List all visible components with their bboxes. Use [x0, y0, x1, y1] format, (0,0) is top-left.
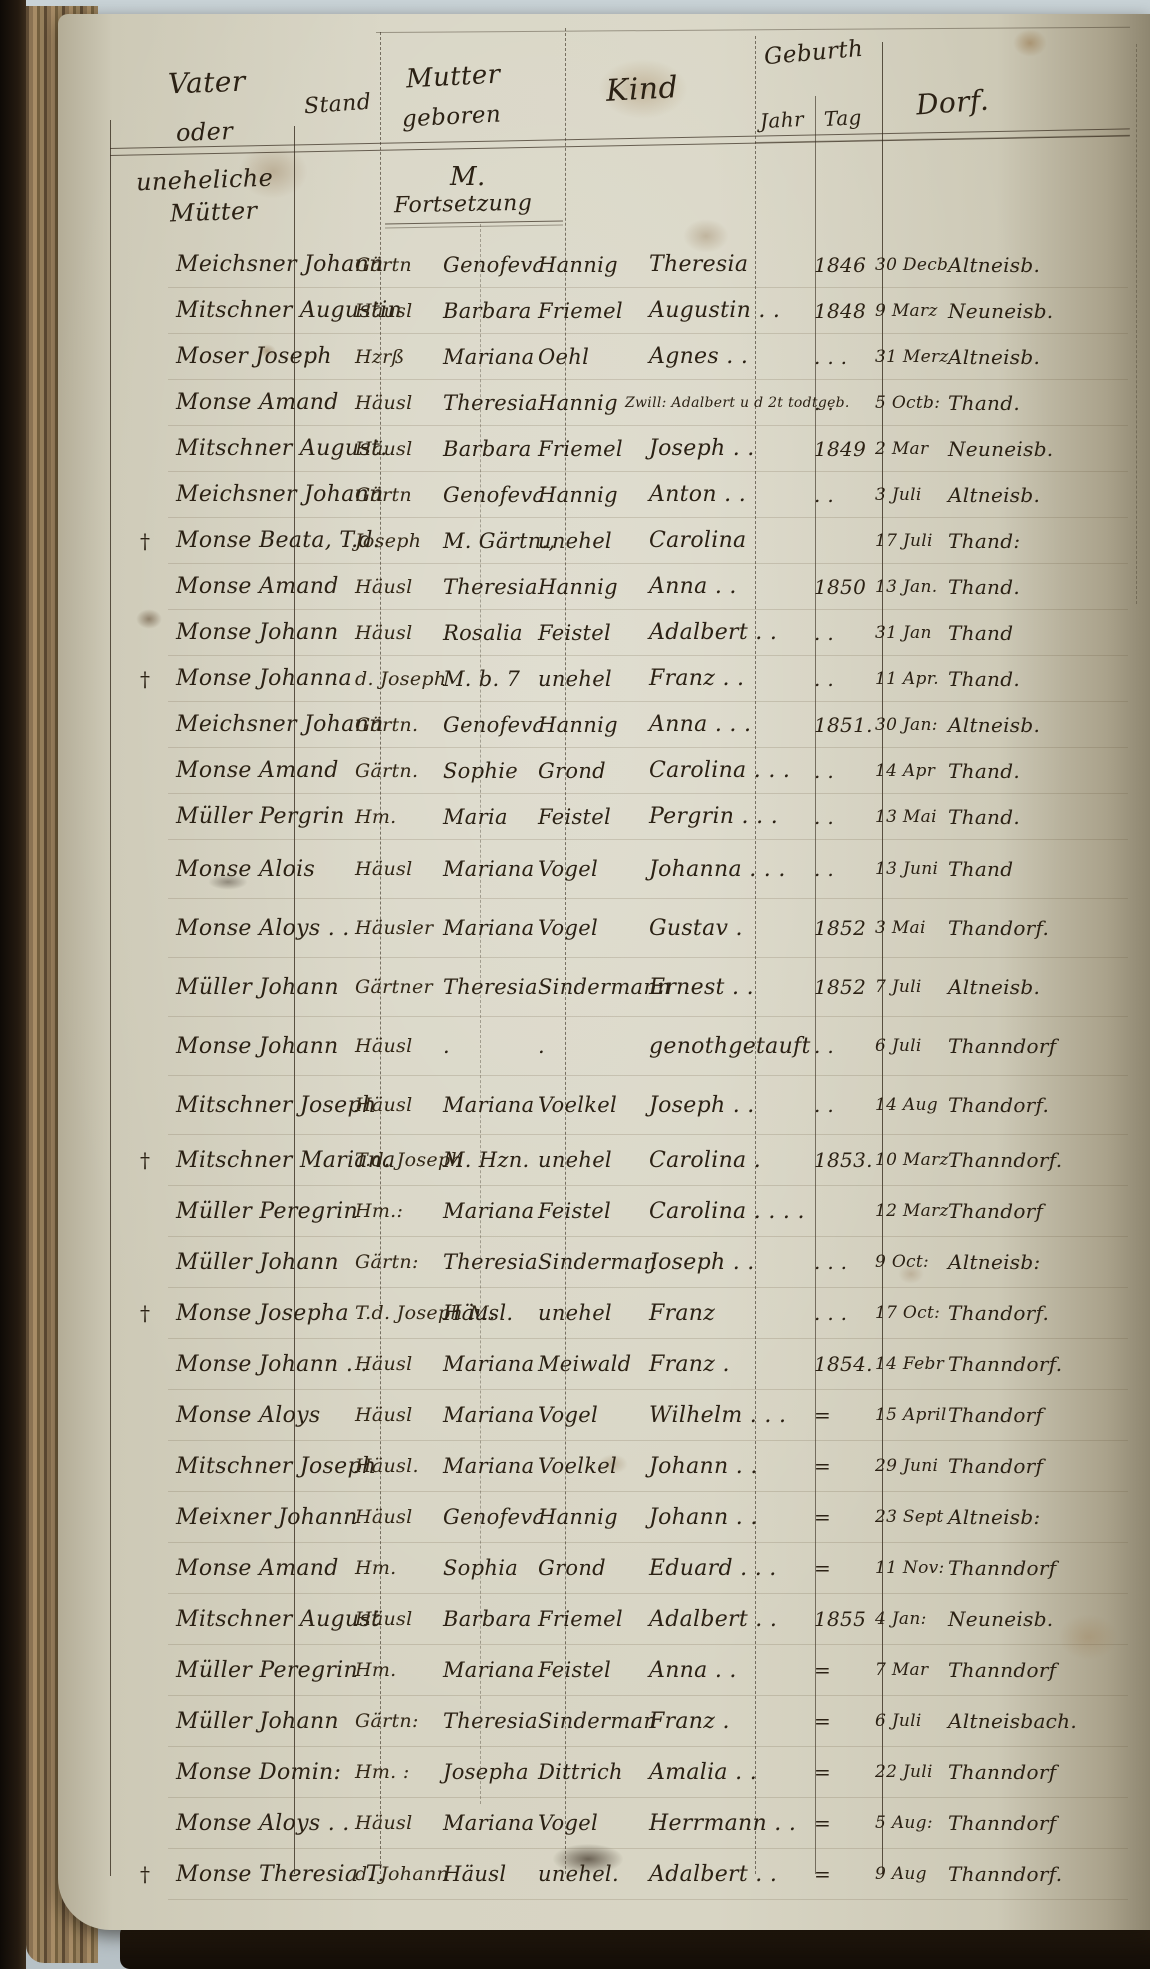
year-cell: . .	[813, 483, 873, 507]
village-cell: Thand.	[940, 805, 1128, 829]
year-cell: 1852	[813, 916, 873, 940]
mother-surname-cell: unehel	[538, 1301, 623, 1325]
child-cell: Augustin . .	[623, 298, 813, 323]
day-cell: 3 Mai	[873, 918, 940, 938]
child-cell: Carolina . . .	[623, 758, 813, 783]
mother-surname-cell: Meiwald	[538, 1352, 623, 1376]
day-cell: 17 Oct:	[873, 1303, 940, 1323]
day-cell: 13 Jan.	[873, 577, 940, 597]
stain	[1013, 29, 1047, 57]
mother-surname-cell: Feistel	[538, 805, 623, 829]
father-cell: Mitschner Augustin	[168, 298, 352, 323]
day-cell: 17 Juli	[873, 531, 940, 551]
village-cell: Altneisb:	[940, 1250, 1128, 1274]
father-cell: Monse Josepha	[168, 1301, 352, 1326]
village-cell: Thanndorf	[940, 1811, 1128, 1835]
stand-cell: Häusl	[352, 392, 438, 414]
day-cell: 23 Sept	[873, 1507, 940, 1527]
day-cell: 13 Juni	[873, 859, 940, 879]
stand-cell: Häusl	[352, 300, 438, 322]
village-cell: Thand	[940, 857, 1128, 881]
father-cell: Müller Pergrin	[168, 804, 352, 829]
father-cell: Monse Alois	[168, 857, 352, 882]
table-row: Mitschner August.HäuslBarbaraFriemelJose…	[168, 426, 1128, 472]
mother-surname-cell: Hannig	[538, 253, 623, 277]
father-cell: Moser Joseph	[168, 344, 352, 369]
mother-surname-cell: Voelkel	[538, 1093, 623, 1117]
year-cell: . .	[813, 759, 873, 783]
father-cell: Monse Johann	[168, 1034, 352, 1059]
mother-surname-cell: Hannig	[538, 1505, 623, 1529]
continuation-underline-2	[385, 224, 563, 228]
mother-given-cell: Häusl	[438, 1862, 538, 1886]
child-cell: Franz .	[623, 1709, 813, 1734]
rows: Meichsner JohannGärtnGenofevaHannigThere…	[168, 242, 1128, 1900]
child-cell: Zwill: Adalbert u d 2t todtgeb.	[623, 395, 813, 411]
table-row: Mitschner AugustinHäuslBarbaraFriemelAug…	[168, 288, 1128, 334]
mother-given-cell: Theresia	[438, 975, 538, 999]
mother-given-cell: Mariana	[438, 1403, 538, 1427]
table-row: Meichsner JohannGärtnGenofevaHannigAnton…	[168, 472, 1128, 518]
mother-given-cell: Theresia	[438, 575, 538, 599]
year-cell: 1851.	[813, 713, 873, 737]
child-cell: Anton . .	[623, 482, 813, 507]
year-cell: 1849	[813, 437, 873, 461]
mother-given-cell: Genofeva	[438, 713, 538, 737]
child-cell: Adalbert . .	[623, 1862, 813, 1887]
stand-cell: Gärtn.	[352, 760, 438, 782]
stand-cell: Häusl	[352, 1404, 438, 1426]
year-cell: 1854.	[813, 1352, 873, 1376]
stand-cell: Häusl	[352, 1812, 438, 1834]
stand-cell: Häusl	[352, 1506, 438, 1528]
day-cell: 15 April	[873, 1405, 940, 1425]
day-cell: 22 Juli	[873, 1762, 940, 1782]
stand-cell: Joseph	[352, 530, 438, 552]
village-cell: Thandorf	[940, 1403, 1128, 1427]
father-cell: Monse Amand	[168, 1556, 352, 1581]
table-row: Mitschner JosephHäuslMarianaVoelkelJosep…	[168, 1076, 1128, 1135]
child-cell: Ernest . .	[623, 975, 813, 1000]
stain	[136, 609, 162, 629]
village-cell: Thand.	[940, 391, 1128, 415]
child-cell: Amalia . .	[623, 1760, 813, 1785]
father-cell: Müller Johann	[168, 1709, 352, 1734]
father-cell: Monse Johanna	[168, 666, 352, 691]
year-cell: . . .	[813, 1301, 873, 1325]
table-row: Müller JohannGärtnerTheresiaSindermannEr…	[168, 958, 1128, 1017]
mother-surname-cell: Vogel	[538, 857, 623, 881]
stand-cell: Häusl	[352, 1035, 438, 1057]
village-cell: Thandorf	[940, 1199, 1128, 1223]
stand-cell: Gärtn:	[352, 1251, 438, 1273]
death-cross-mark: †	[140, 1148, 150, 1172]
stand-cell: Gärtn.	[352, 714, 438, 736]
table-row: Monse Johann . .HäuslMarianaMeiwaldFranz…	[168, 1339, 1128, 1390]
village-cell: Neuneisb.	[940, 1607, 1128, 1631]
table-row: Moser JosephHzrßMarianaOehlAgnes . .. . …	[168, 334, 1128, 380]
table-row: †Monse Theresia T.d. JohannHäuslunehel.A…	[168, 1849, 1128, 1900]
child-cell: Gustav .	[623, 916, 813, 941]
register-page: Vater oder uneheliche Mütter Stand Mutte…	[58, 14, 1150, 1930]
table-row: Müller PeregrinHm.MarianaFeistelAnna . .…	[168, 1645, 1128, 1696]
header-father-line1: Vater	[167, 65, 246, 101]
day-cell: 14 Aug	[873, 1095, 940, 1115]
father-cell: Müller Johann	[168, 975, 352, 1000]
table-row: Müller PeregrinHm.:MarianaFeistelCarolin…	[168, 1186, 1128, 1237]
mother-surname-cell: unehel	[538, 667, 623, 691]
mother-surname-cell: Vogel	[538, 916, 623, 940]
table-row: Monse AmandHäuslTheresiaHannigAnna . .18…	[168, 564, 1128, 610]
father-cell: Monse Beata, T.d.	[168, 528, 352, 553]
day-cell: 9 Oct:	[873, 1252, 940, 1272]
stand-cell: Häusl.	[352, 1455, 438, 1477]
village-cell: Thanndorf	[940, 1658, 1128, 1682]
father-cell: Monse Amand	[168, 758, 352, 783]
day-cell: 31 Jan	[873, 623, 940, 643]
table-row: †Monse Beata, T.d.JosephM. Gärtn.,unehel…	[168, 518, 1128, 564]
mother-given-cell: Mariana	[438, 1199, 538, 1223]
day-cell: 10 Marz	[873, 1150, 940, 1170]
village-cell: Thandorf.	[940, 1093, 1128, 1117]
child-cell: Anna . .	[623, 1658, 813, 1683]
stand-cell: T.d. Joseph M.	[352, 1302, 438, 1324]
year-cell: =	[813, 1862, 873, 1886]
stand-cell: Häusler	[352, 917, 438, 939]
mother-surname-cell: Voelkel	[538, 1454, 623, 1478]
father-cell: Mitschner Joseph	[168, 1454, 352, 1479]
mother-given-cell: Mariana	[438, 1658, 538, 1682]
table-row: Monse AmandHm.SophiaGrondEduard . . .=11…	[168, 1543, 1128, 1594]
header-father-line2: oder	[176, 117, 234, 147]
child-cell: Anna . .	[623, 574, 813, 599]
father-cell: Mitschner August.	[168, 436, 352, 461]
father-cell: Monse Aloys . .	[168, 1811, 352, 1836]
stand-cell: Häusl	[352, 1353, 438, 1375]
section-continuation: Fortsetzung	[394, 191, 533, 218]
mother-given-cell: Rosalia	[438, 621, 538, 645]
book-bottom-shadow	[120, 1924, 1150, 1969]
mother-given-cell: Maria	[438, 805, 538, 829]
day-cell: 3 Juli	[873, 485, 940, 505]
village-cell: Thand.	[940, 575, 1128, 599]
table-row: Monse Aloys . .HäuslerMarianaVogelGustav…	[168, 899, 1128, 958]
day-cell: 30 Jan:	[873, 715, 940, 735]
year-cell: . .	[813, 1034, 873, 1058]
stand-cell: T.d. Joseph	[352, 1149, 438, 1171]
table-row: †Mitschner MarianaT.d. JosephM. Hzn.uneh…	[168, 1135, 1128, 1186]
death-cross-mark: †	[140, 667, 150, 691]
day-cell: 13 Mai	[873, 807, 940, 827]
mother-surname-cell: Vogel	[538, 1811, 623, 1835]
header-father-sub2: Mütter	[170, 196, 258, 227]
village-cell: Altneisbach.	[940, 1709, 1128, 1733]
village-cell: Neuneisb.	[940, 437, 1128, 461]
table-row: Monse Domin:Hm. :JosephaDittrichAmalia .…	[168, 1747, 1128, 1798]
table-row: Mitschner JosephHäusl.MarianaVoelkelJoha…	[168, 1441, 1128, 1492]
day-cell: 5 Octb:	[873, 393, 940, 413]
mother-given-cell: Mariana	[438, 916, 538, 940]
child-cell: Adalbert . .	[623, 1607, 813, 1632]
stand-cell: Hm.:	[352, 1200, 438, 1222]
father-cell: Monse Theresia T.	[168, 1862, 352, 1887]
mother-given-cell: Theresia	[438, 391, 538, 415]
mother-surname-cell: unehel	[538, 1148, 623, 1172]
table-row: Monse AmandHäuslTheresiaHannigZwill: Ada…	[168, 380, 1128, 426]
mother-given-cell: Mariana	[438, 857, 538, 881]
year-cell: 1846	[813, 253, 873, 277]
stand-cell: Häusl	[352, 622, 438, 644]
child-cell: Joseph . .	[623, 1250, 813, 1275]
village-cell: Thanndorf	[940, 1760, 1128, 1784]
day-cell: 7 Juli	[873, 977, 940, 997]
mother-given-cell: M. Gärtn.,	[438, 529, 538, 553]
table-row: †Monse JosephaT.d. Joseph M.Häusl.unehel…	[168, 1288, 1128, 1339]
header-child: Kind	[605, 70, 679, 109]
child-cell: Johanna . . .	[623, 857, 813, 882]
father-cell: Müller Johann	[168, 1250, 352, 1275]
stand-cell: Hm.	[352, 806, 438, 828]
section-letter: M.	[450, 162, 486, 192]
header-top-rule	[376, 27, 1130, 33]
village-cell: Thanndorf	[940, 1034, 1128, 1058]
table-row: Mitschner AugustHäuslBarbaraFriemelAdalb…	[168, 1594, 1128, 1645]
table-row: Meichsner JohannGärtn.GenofevaHannigAnna…	[168, 702, 1128, 748]
village-cell: Thanndorf	[940, 1556, 1128, 1580]
father-cell: Müller Peregrin	[168, 1658, 352, 1683]
day-cell: 9 Marz	[873, 301, 940, 321]
mother-surname-cell: unehel	[538, 529, 623, 553]
stand-cell: Hzrß	[352, 346, 438, 368]
death-cross-mark: †	[140, 529, 150, 553]
year-cell: =	[813, 1454, 873, 1478]
mother-surname-cell: Grond	[538, 759, 623, 783]
stand-cell: d. Joseph	[352, 668, 438, 690]
photo-backdrop: Vater oder uneheliche Mütter Stand Mutte…	[0, 0, 1150, 1969]
table-row: Monse AloysHäuslMarianaVogelWilhelm . . …	[168, 1390, 1128, 1441]
mother-surname-cell: Hannig	[538, 483, 623, 507]
rule-right-edge	[1136, 44, 1137, 604]
mother-given-cell: Sophie	[438, 759, 538, 783]
mother-given-cell: M. Hzn.	[438, 1148, 538, 1172]
mother-given-cell: Theresia	[438, 1250, 538, 1274]
stand-cell: Gärtn:	[352, 1710, 438, 1732]
year-cell: . .	[813, 1093, 873, 1117]
village-cell: Altneisb.	[940, 253, 1128, 277]
mother-surname-cell: Friemel	[538, 299, 623, 323]
year-cell: . .	[813, 857, 873, 881]
mother-given-cell: Barbara	[438, 299, 538, 323]
header-mother-line2: geboren	[401, 101, 501, 132]
father-cell: Monse Domin:	[168, 1760, 352, 1785]
child-cell: Wilhelm . . .	[623, 1403, 813, 1428]
mother-given-cell: Barbara	[438, 1607, 538, 1631]
child-cell: Eduard . . .	[623, 1556, 813, 1581]
year-cell: 1853.	[813, 1148, 873, 1172]
child-cell: Johann . .	[623, 1505, 813, 1530]
mother-given-cell: Genofeva	[438, 1505, 538, 1529]
father-cell: Monse Aloys . .	[168, 916, 352, 941]
father-cell: Mitschner August	[168, 1607, 352, 1632]
village-cell: Thandorf.	[940, 916, 1128, 940]
day-cell: 11 Nov:	[873, 1558, 940, 1578]
year-cell: . . .	[813, 345, 873, 369]
mother-surname-cell: Feistel	[538, 1658, 623, 1682]
village-cell: Altneisb.	[940, 345, 1128, 369]
birth-subheader-rule	[755, 135, 1130, 143]
father-cell: Monse Amand	[168, 574, 352, 599]
stand-cell: Hm.	[352, 1659, 438, 1681]
stand-cell: d. Johann	[352, 1863, 438, 1885]
child-cell: Agnes . .	[623, 344, 813, 369]
mother-surname-cell: Hannig	[538, 713, 623, 737]
mother-surname-cell: Feistel	[538, 1199, 623, 1223]
year-cell: . .	[813, 621, 873, 645]
mother-surname-cell: Friemel	[538, 1607, 623, 1631]
year-cell: =	[813, 1658, 873, 1682]
year-cell: 1848	[813, 299, 873, 323]
father-cell: Monse Johann	[168, 620, 352, 645]
village-cell: Altneisb:	[940, 1505, 1128, 1529]
stand-cell: Gärtner	[352, 976, 438, 998]
day-cell: 14 Apr	[873, 761, 940, 781]
mother-given-cell: Mariana	[438, 345, 538, 369]
stand-cell: Hm.	[352, 1557, 438, 1579]
header-birth-day: Tag	[823, 105, 862, 131]
stand-cell: Häusl	[352, 576, 438, 598]
day-cell: 29 Juni	[873, 1456, 940, 1476]
child-cell: Franz	[623, 1301, 813, 1326]
mother-given-cell: Barbara	[438, 437, 538, 461]
table-row: Monse Aloys . .HäuslMarianaVogelHerrmann…	[168, 1798, 1128, 1849]
mother-surname-cell: Vogel	[538, 1403, 623, 1427]
child-cell: Carolina	[623, 528, 813, 553]
stand-cell: Häusl	[352, 438, 438, 460]
year-cell: =	[813, 1556, 873, 1580]
father-cell: Müller Peregrin	[168, 1199, 352, 1224]
year-cell: . .	[813, 391, 873, 415]
table-row: Monse AmandGärtn.SophieGrondCarolina . .…	[168, 748, 1128, 794]
year-cell: . .	[813, 667, 873, 691]
stand-cell: Hm. :	[352, 1761, 438, 1783]
village-cell: Neuneisb.	[940, 299, 1128, 323]
table-row: Müller PergrinHm.MariaFeistelPergrin . .…	[168, 794, 1128, 840]
mother-surname-cell: Feistel	[538, 621, 623, 645]
child-cell: Adalbert . .	[623, 620, 813, 645]
stand-cell: Gärtn	[352, 484, 438, 506]
stand-cell: Häusl	[352, 1608, 438, 1630]
stand-cell: Häusl	[352, 1094, 438, 1116]
father-cell: Monse Amand	[168, 390, 352, 415]
child-cell: genothgetauft	[623, 1034, 813, 1059]
header-father-sub1: uneheliche	[136, 164, 274, 197]
mother-given-cell: Genofeva	[438, 483, 538, 507]
year-cell: =	[813, 1760, 873, 1784]
mother-given-cell: Mariana	[438, 1093, 538, 1117]
book-spine	[0, 0, 26, 1969]
father-cell: Monse Johann . .	[168, 1352, 352, 1377]
header-mother-line1: Mutter	[405, 60, 501, 95]
death-cross-mark: †	[140, 1301, 150, 1325]
day-cell: 9 Aug	[873, 1864, 940, 1884]
death-cross-mark: †	[140, 1862, 150, 1886]
child-cell: Carolina .	[623, 1148, 813, 1173]
year-cell: =	[813, 1811, 873, 1835]
mother-given-cell: Josepha	[438, 1760, 538, 1784]
mother-surname-cell: Hannig	[538, 391, 623, 415]
village-cell: Thand.	[940, 667, 1128, 691]
mother-given-cell: Mariana	[438, 1811, 538, 1835]
stand-cell: Häusl	[352, 858, 438, 880]
header-stand: Stand	[303, 90, 372, 120]
day-cell: 6 Juli	[873, 1711, 940, 1731]
mother-surname-cell: Grond	[538, 1556, 623, 1580]
mother-given-cell: Mariana	[438, 1454, 538, 1478]
father-cell: Monse Aloys	[168, 1403, 352, 1428]
table-row: Monse JohannHäuslRosaliaFeistelAdalbert …	[168, 610, 1128, 656]
table-row: Meixner JohannHäuslGenofevaHannigJohann …	[168, 1492, 1128, 1543]
child-cell: Pergrin . . .	[623, 804, 813, 829]
header-birth: Geburth	[763, 36, 864, 71]
father-cell: Mitschner Mariana	[168, 1148, 352, 1173]
child-cell: Anna . . .	[623, 712, 813, 737]
child-cell: Carolina . . . .	[623, 1199, 813, 1224]
village-cell: Thandorf	[940, 1454, 1128, 1478]
mother-surname-cell: Hannig	[538, 575, 623, 599]
year-cell: . . .	[813, 1250, 873, 1274]
day-cell: 14 Febr	[873, 1354, 940, 1374]
day-cell: 12 Marz	[873, 1201, 940, 1221]
day-cell: 11 Apr.	[873, 669, 940, 689]
table-row: Monse JohannHäusl..genothgetauft. .6 Jul…	[168, 1017, 1128, 1076]
table-row: Müller JohannGärtn:TheresiaSindermanFran…	[168, 1696, 1128, 1747]
child-cell: Johann . .	[623, 1454, 813, 1479]
village-cell: Thand:	[940, 529, 1128, 553]
child-cell: Joseph . .	[623, 436, 813, 461]
year-cell: =	[813, 1709, 873, 1733]
child-cell: Franz .	[623, 1352, 813, 1377]
mother-given-cell: .	[438, 1034, 538, 1058]
village-cell: Altneisb.	[940, 975, 1128, 999]
day-cell: 2 Mar	[873, 439, 940, 459]
village-cell: Altneisb.	[940, 483, 1128, 507]
day-cell: 4 Jan:	[873, 1609, 940, 1629]
mother-surname-cell: Oehl	[538, 345, 623, 369]
mother-given-cell: Sophia	[438, 1556, 538, 1580]
table-row: Meichsner JohannGärtnGenofevaHannigThere…	[168, 242, 1128, 288]
village-cell: Thanndorf.	[940, 1148, 1128, 1172]
day-cell: 31 Merz	[873, 347, 940, 367]
year-cell: . .	[813, 805, 873, 829]
year-cell: 1855	[813, 1607, 873, 1631]
village-cell: Thand.	[940, 759, 1128, 783]
child-cell: Herrmann . .	[623, 1811, 813, 1836]
village-cell: Thanndorf.	[940, 1352, 1128, 1376]
child-cell: Theresia	[623, 252, 813, 277]
year-cell: =	[813, 1403, 873, 1427]
day-cell: 7 Mar	[873, 1660, 940, 1680]
mother-surname-cell: Sinderman	[538, 1250, 623, 1274]
stand-cell: Gärtn	[352, 254, 438, 276]
father-cell: Meichsner Johann	[168, 252, 352, 277]
father-cell: Meichsner Johann	[168, 712, 352, 737]
village-cell: Thand	[940, 621, 1128, 645]
mother-given-cell: Genofeva	[438, 253, 538, 277]
mother-surname-cell: unehel.	[538, 1862, 623, 1886]
mother-surname-cell: Dittrich	[538, 1760, 623, 1784]
header-birth-year: Jahr	[759, 107, 804, 133]
father-cell: Meixner Johann	[168, 1505, 352, 1530]
